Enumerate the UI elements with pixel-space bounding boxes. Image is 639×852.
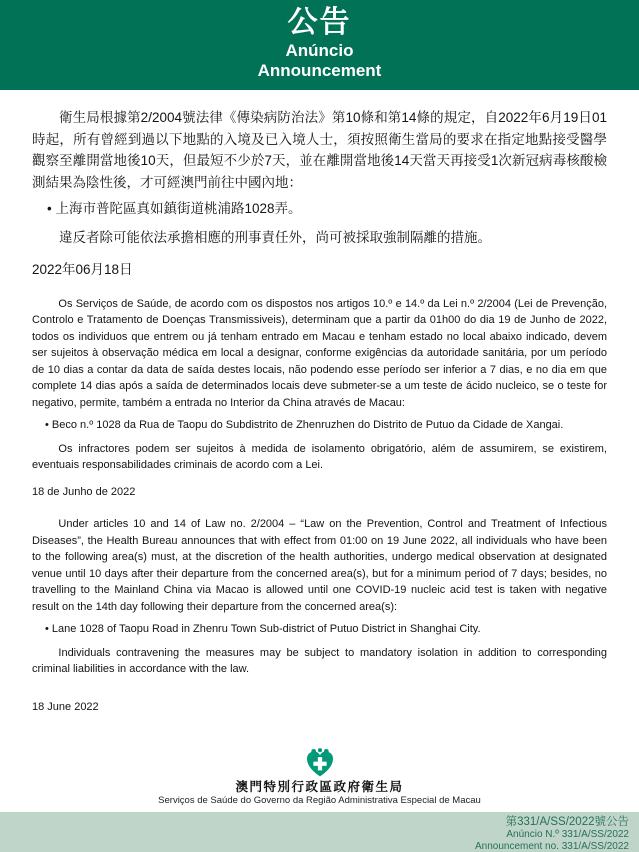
chinese-bullet-location: • 上海市普陀區真如鎮街道桃浦路1028弄。 xyxy=(47,198,607,220)
page-title-portuguese: Anúncio xyxy=(0,41,639,61)
section-chinese: 衛生局根據第2/2004號法律《傳染病防治法》第10條和第14條的規定，自202… xyxy=(32,107,607,281)
chinese-paragraph-penalty: 違反者除可能依法承擔相應的刑事責任外，尚可被採取強制隔離的措施。 xyxy=(32,227,607,249)
section-english: Under articles 10 and 14 of Law no. 2/20… xyxy=(32,516,607,715)
portuguese-paragraph-regulation: Os Serviços de Saúde, de acordo com os d… xyxy=(32,296,607,412)
chinese-date: 2022年06月18日 xyxy=(32,259,607,281)
portuguese-bullet-location: • Beco n.º 1028 da Rua de Taopu do Subdi… xyxy=(45,417,607,434)
announcement-page: 公告 Anúncio Announcement 衛生局根據第2/2004號法律《… xyxy=(0,0,639,852)
english-paragraph-regulation: Under articles 10 and 14 of Law no. 2/20… xyxy=(32,516,607,615)
footer-org-block: 澳門特別行政區政府衛生局 Serviços de Saúde do Govern… xyxy=(0,748,639,812)
header-banner: 公告 Anúncio Announcement xyxy=(0,0,639,90)
announcement-number-chinese: 第331/A/SS/2022號公告 xyxy=(0,816,629,829)
org-name-chinese: 澳門特別行政區政府衛生局 xyxy=(0,780,639,795)
portuguese-paragraph-penalty: Os infractores podem ser sujeitos à medi… xyxy=(32,441,607,474)
org-name-portuguese: Serviços de Saúde do Governo da Região A… xyxy=(0,795,639,807)
english-bullet-location: • Lane 1028 of Taopu Road in Zhenru Town… xyxy=(45,621,607,638)
english-paragraph-penalty: Individuals contravening the measures ma… xyxy=(32,645,607,678)
page-title-chinese: 公告 xyxy=(0,5,639,41)
english-date: 18 June 2022 xyxy=(32,699,607,716)
chinese-paragraph-regulation: 衛生局根據第2/2004號法律《傳染病防治法》第10條和第14條的規定，自202… xyxy=(32,107,607,193)
section-portuguese: Os Serviços de Saúde, de acordo com os d… xyxy=(32,296,607,501)
portuguese-date: 18 de Junho de 2022 xyxy=(32,484,607,501)
announcement-number-english: Announcement no. 331/A/SS/2022 xyxy=(0,841,629,852)
announcement-number-banner: 第331/A/SS/2022號公告 Anúncio N.º 331/A/SS/2… xyxy=(0,812,639,852)
document-body: 衛生局根據第2/2004號法律《傳染病防治法》第10條和第14條的規定，自202… xyxy=(0,90,639,715)
page-title-english: Announcement xyxy=(0,61,639,81)
announcement-number-portuguese: Anúncio N.º 331/A/SS/2022 xyxy=(0,829,629,841)
health-bureau-heart-cross-icon xyxy=(0,748,639,778)
